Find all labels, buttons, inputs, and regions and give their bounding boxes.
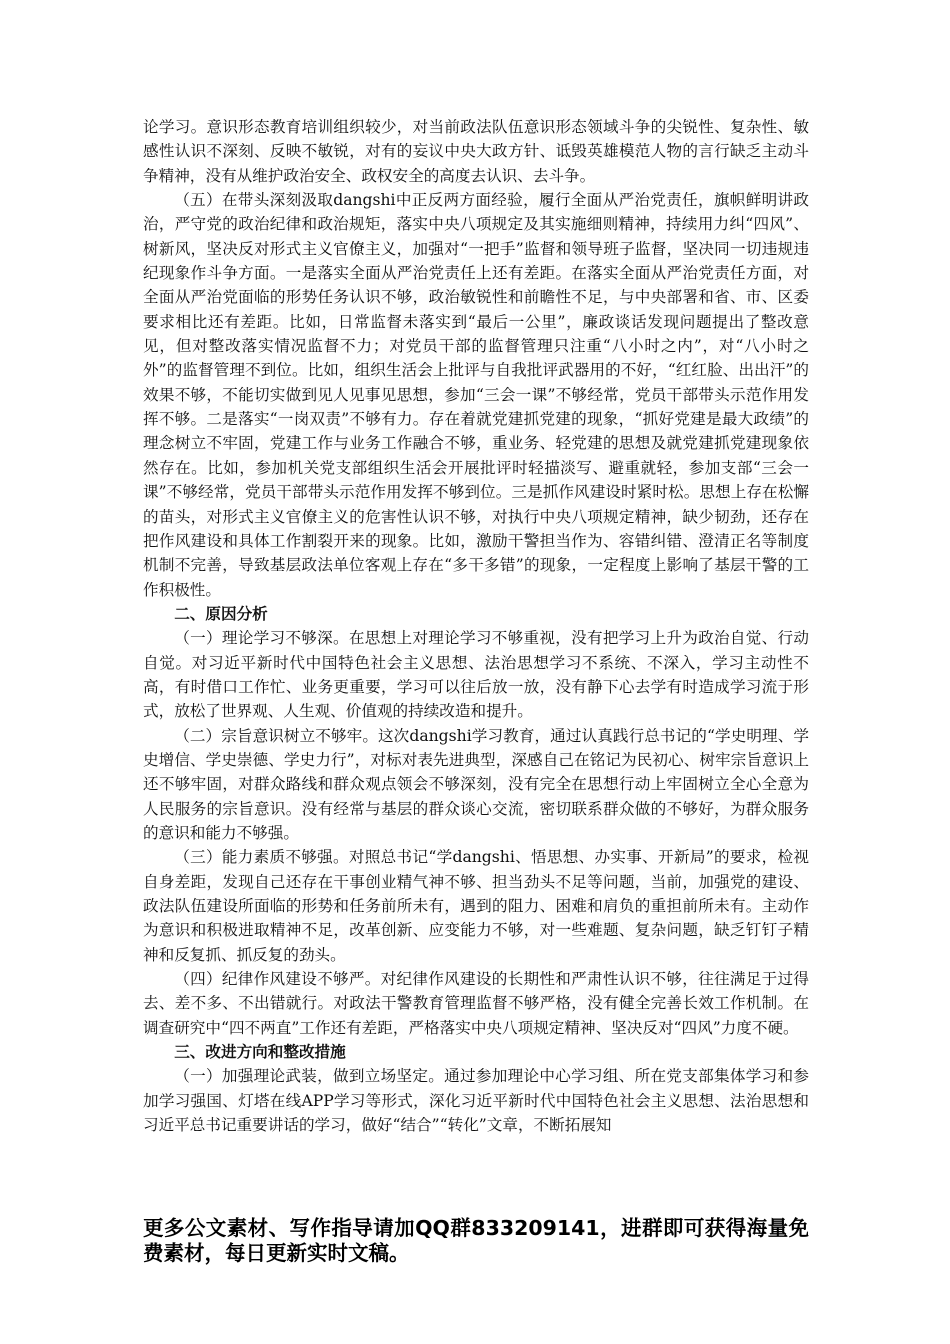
paragraph-continuation: 论学习。意识形态教育培训组织较少，对当前政法队伍意识形态领域斗争的尖锐性、复杂性… — [143, 115, 809, 188]
document-body: 论学习。意识形态教育培训组织较少，对当前政法队伍意识形态领域斗争的尖锐性、复杂性… — [143, 115, 809, 1137]
paragraph-theory-study: （一）理论学习不够深。在思想上对理论学习不够重视，没有把学习上升为政治自觉、行动… — [143, 626, 809, 723]
paragraph-purpose-awareness: （二）宗旨意识树立不够牢。这次dangshi学习教育，通过认真践行总书记的“学史… — [143, 724, 809, 846]
promo-footer: 更多公文素材、写作指导请加QQ群833209141，进群即可获得海量免费素材，每… — [143, 1216, 809, 1266]
paragraph-ability-quality: （三）能力素质不够强。对照总书记“学dangshi、悟思想、办实事、开新局”的要… — [143, 845, 809, 967]
paragraph-discipline-style: （四）纪律作风建设不够严。对纪律作风建设的长期性和严肃性认识不够，往往满足于过得… — [143, 967, 809, 1040]
paragraph-theory-armament: （一）加强理论武装，做到立场坚定。通过参加理论中心学习组、所在党支部集体学习和参… — [143, 1064, 809, 1137]
paragraph-5-party-discipline: （五）在带头深刻汲取dangshi中正反两方面经验，履行全面从严治党责任，旗帜鲜… — [143, 188, 809, 602]
section-heading-improvement-measures: 三、改进方向和整改措施 — [143, 1040, 809, 1064]
section-heading-cause-analysis: 二、原因分析 — [143, 602, 809, 626]
